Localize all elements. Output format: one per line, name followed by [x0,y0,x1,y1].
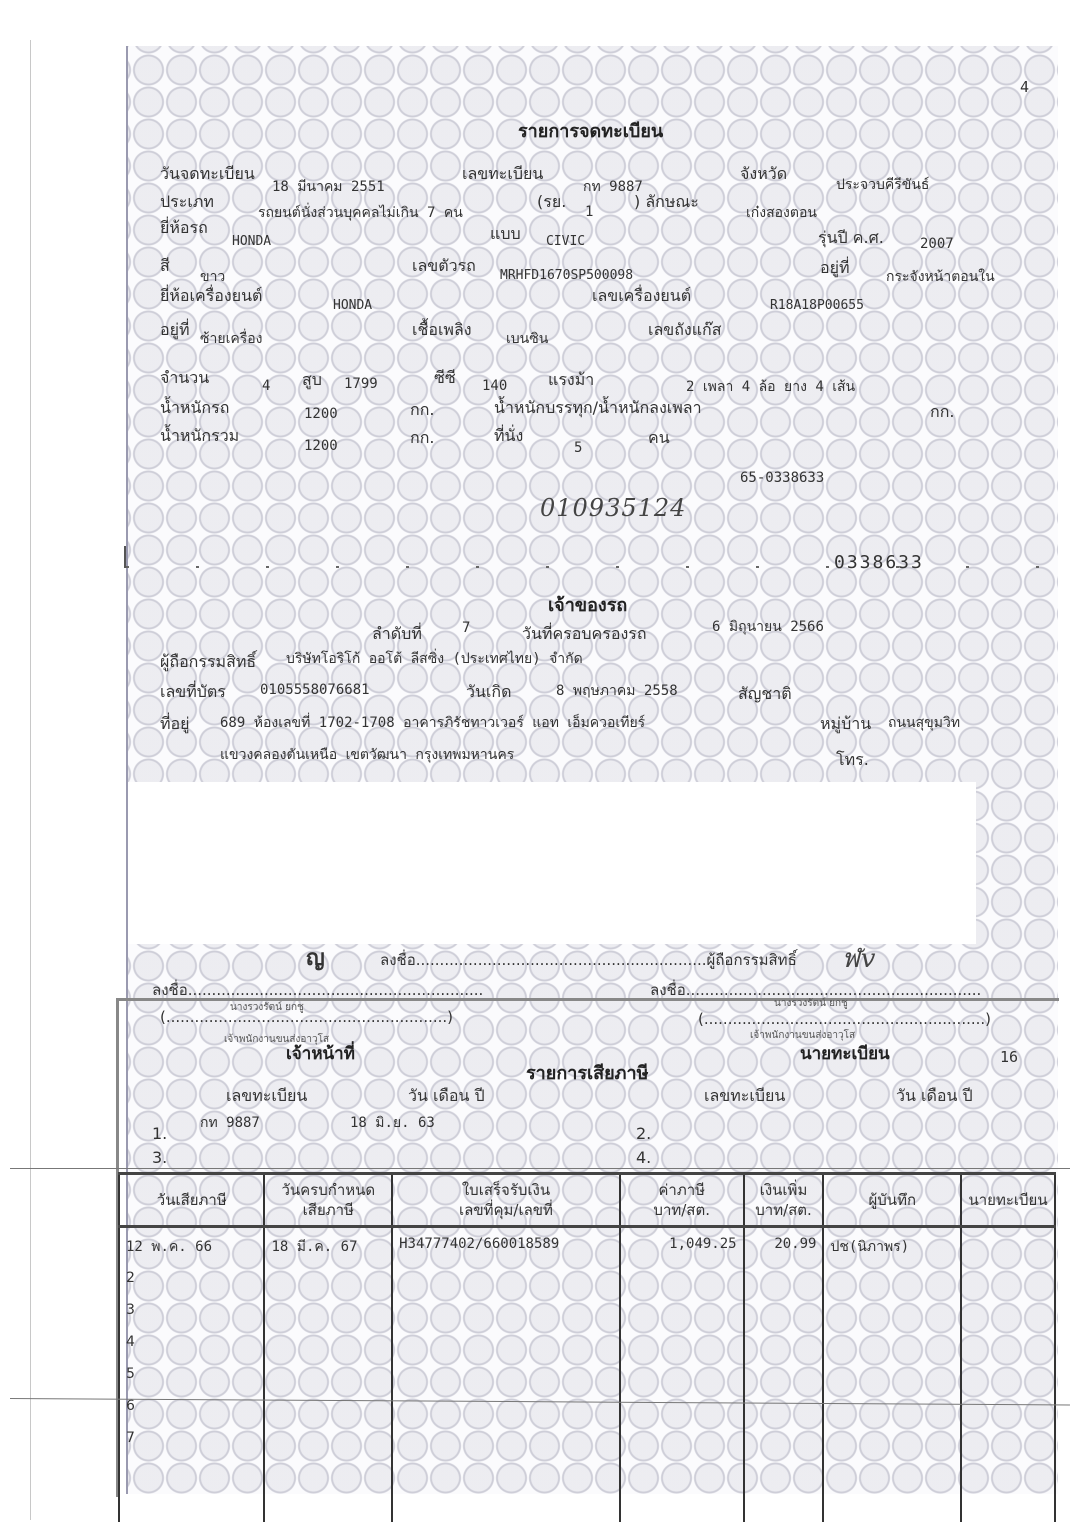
cell-tax [620,1300,744,1332]
initials-right: ฬv [842,938,876,979]
cell-registrar [961,1428,1055,1460]
address-line1: 689 ห้องเลขที่ 1702-1708 อาคารภิรัชทาวเว… [220,712,645,734]
table-row: 4 [119,1332,1055,1364]
chassis-value: MRHFD1670SP500098 [500,268,633,283]
cell-tax: 1,049.25 [620,1227,744,1269]
style-label: ) ลักษณะ [634,190,699,215]
cell-surcharge [744,1300,824,1332]
cell-registrar [961,1364,1055,1396]
scan-edge-line [30,40,31,1520]
engine-location-label: อยู่ที่ [160,318,190,343]
order-label: ลำดับที่ [372,622,422,647]
cell-registrar [961,1268,1055,1300]
holder-value: บริษัทโอริโก้ ออโต้ ลีสซิ่ง (ประเทศไทย) … [286,648,583,670]
cell-surcharge [744,1268,824,1300]
owner-title: เจ้าของรถ [548,590,627,619]
holder-label: ผู้ถือกรรมสิทธิ์ [160,650,256,675]
table-row: 2 [119,1268,1055,1300]
cell-paid: 12 พ.ค. 66 [119,1227,264,1269]
kg-unit-2: กก. [930,400,954,425]
birth-label: วันเกิด [466,680,511,705]
address-label: ที่อยู่ [160,712,190,737]
cell-tax [620,1332,744,1364]
vehicle-weight-value: 1200 [304,406,338,422]
tax-plate-col-right: เลขทะเบียน [704,1084,785,1109]
chassis-location-value: กระจังหน้าตอนใน [886,266,995,288]
province-value: ประจวบคีรีขันธ์ [836,174,929,196]
officer-title: เจ้าหน้าที่ [286,1040,355,1067]
col-receipt: ใบเสร็จรับเงิน เลขที่คุม/เลขที่ [392,1174,620,1227]
type-value: รถยนต์นั่งส่วนบุคคลไม่เกิน 7 คน [258,202,463,224]
axles-wheels-value: 2 เพลา 4 ล้อ ยาง 4 เส้น [686,376,855,398]
village-label: หมู่บ้าน [820,712,871,737]
plate-entry-1-date: 18 มิ.ย. 63 [350,1112,435,1134]
cell-surcharge: 20.99 [744,1227,824,1269]
cell-paid: 4 [119,1332,264,1364]
cell-paid: 7 [119,1428,264,1460]
road-value: ถนนสุขุมวิท [888,712,960,734]
cell-surcharge [744,1396,824,1428]
type-label: ประเภท [160,190,214,215]
kg-unit-3: กก. [410,426,434,451]
tax-date-col-right: วัน เดือน ปี [896,1084,973,1109]
id-value: 0105558076681 [260,682,370,698]
cell-recorder [823,1332,961,1364]
cell-receipt [392,1300,620,1332]
tax-date-col-left: วัน เดือน ปี [408,1084,485,1109]
seats-label: ที่นั่ง [494,424,523,449]
cell-due: 18 มี.ค. 67 [264,1227,392,1269]
cell-receipt [392,1428,620,1460]
ry-value: 1 [585,204,593,220]
cell-recorder [823,1364,961,1396]
engine-number-label: เลขเครื่องยนต์ [592,284,691,309]
page-number: 4 [1020,78,1029,96]
cell-receipt [392,1268,620,1300]
nationality-label: สัญชาติ [738,682,792,707]
cell-recorder: ปช(นิภาพร) [823,1227,961,1269]
col-paid-date: วันเสียภาษี [119,1174,264,1227]
handwritten-number: 010935124 [540,494,686,522]
table-spacer-row [119,1460,1055,1522]
brand-value: HONDA [232,234,271,249]
cell-receipt: H34777402/660018589 [392,1227,620,1269]
col-registrar: นายทะเบียน [961,1174,1055,1227]
load-weight-label: น้ำหนักบรรทุก/น้ำหนักลงเพลา [494,396,702,421]
color-label: สี [160,254,170,279]
style-value: เก๋งสองตอน [746,202,817,224]
model-label: แบบ [490,222,521,247]
cylinder-count-label: จำนวน [160,366,209,391]
table-row: 3 [119,1300,1055,1332]
gross-weight-label: น้ำหนักรวม [160,424,239,449]
perforation-number: 0338633 [834,552,924,573]
id-label: เลขที่บัตร [160,680,226,705]
registrar-paren-line: (.......................................… [698,1010,991,1028]
cell-recorder [823,1300,961,1332]
order-value: 7 [462,620,470,636]
cell-due [264,1428,392,1460]
cell-paid: 5 [119,1364,264,1396]
engine-brand-label: ยี่ห้อเครื่องยนต์ [160,284,262,309]
address-line2: แขวงคลองตันเหนือ เขตวัฒนา กรุงเทพมหานคร [220,744,514,766]
tax-table-header: วันเสียภาษี วันครบกำหนด เสียภาษี ใบเสร็จ… [119,1174,1055,1227]
col-recorder: ผู้บันทึก [823,1174,961,1227]
plate-entry-2-no: 2. [636,1124,651,1143]
cell-surcharge [744,1364,824,1396]
initials-left: ญ [306,940,325,975]
cylinder-label: สูบ [302,368,322,393]
plate-entry-1-plate: กท 9887 [200,1112,260,1134]
cell-registrar [961,1332,1055,1364]
cell-due [264,1300,392,1332]
plate-entry-3-no: 3. [152,1148,167,1167]
registration-title: รายการจดทะเบียน [518,116,663,145]
table-row: 5 [119,1364,1055,1396]
fuel-value: เบนซิน [506,328,548,350]
chassis-location-label: อยู่ที่ [820,256,850,281]
engine-number-value: R18A18P00655 [770,298,864,313]
phone-label: โทร. [836,748,869,773]
cc-value: 1799 [344,376,378,392]
cell-paid: 6 [119,1396,264,1428]
reg-date-label: วันจดทะเบียน [160,162,255,187]
seats-value: 5 [574,440,582,456]
cell-tax [620,1396,744,1428]
reg-date-value: 18 มีนาคม 2551 [272,176,385,198]
chassis-label: เลขตัวรถ [412,254,476,279]
cell-receipt [392,1364,620,1396]
ry-label: (รย. [537,190,566,215]
cylinder-count-value: 4 [262,378,270,394]
table-row: 12 พ.ค. 6618 มี.ค. 67H34777402/660018589… [119,1227,1055,1269]
kg-unit-1: กก. [410,398,434,423]
engine-brand-value: HONDA [333,298,372,313]
cell-recorder [823,1428,961,1460]
tax-page-number: 16 [1000,1048,1018,1066]
redacted-area [128,782,976,944]
gas-tank-label: เลขถังแก๊ส [648,318,721,343]
cell-receipt [392,1332,620,1364]
cell-surcharge [744,1428,824,1460]
cell-paid: 3 [119,1300,264,1332]
cell-registrar [961,1396,1055,1428]
vehicle-weight-label: น้ำหนักรถ [160,396,229,421]
page-edge-mark [124,546,126,568]
holder-signature-line: ลงชื่อ..................................… [380,948,797,972]
scan-crossline-top [10,1168,1070,1169]
cell-registrar [961,1300,1055,1332]
cell-tax [620,1428,744,1460]
officer-paren-line: (.......................................… [160,1008,453,1026]
serial-number: 65-0338633 [740,470,824,486]
birth-value: 8 พฤษภาคม 2558 [556,680,678,702]
cell-paid: 2 [119,1268,264,1300]
cell-due [264,1332,392,1364]
table-row: 7 [119,1428,1055,1460]
cc-label: ซีซี [434,366,456,391]
possession-date-value: 6 มิถุนายน 2566 [712,616,824,638]
horsepower-label: แรงม้า [548,368,594,393]
engine-location-value: ซ้ายเครื่อง [200,328,262,350]
cell-surcharge [744,1332,824,1364]
col-surcharge: เงินเพิ่ม บาท/สต. [744,1174,824,1227]
plate-label: เลขทะเบียน [462,162,543,187]
year-label: รุ่นปี ค.ศ. [818,226,884,251]
cell-recorder [823,1268,961,1300]
cell-registrar [961,1227,1055,1269]
cell-due [264,1364,392,1396]
registrar-name-stamp: นางรวงรัตน์ ยกชู [774,996,848,1011]
possession-date-label: วันที่ครอบครองรถ [522,622,647,647]
plate-entry-4-no: 4. [636,1148,651,1167]
tax-payment-table: วันเสียภาษี วันครบกำหนด เสียภาษี ใบเสร็จ… [118,1172,1056,1522]
col-due-date: วันครบกำหนด เสียภาษี [264,1174,392,1227]
province-label: จังหวัด [740,162,787,187]
cell-due [264,1268,392,1300]
tax-plate-col-left: เลขทะเบียน [226,1084,307,1109]
plate-entry-1-no: 1. [152,1124,167,1143]
registrar-title: นายทะเบียน [800,1040,890,1067]
brand-label: ยี่ห้อรถ [160,216,208,241]
cell-tax [620,1268,744,1300]
cell-recorder [823,1396,961,1428]
gross-weight-value: 1200 [304,438,338,454]
cell-tax [620,1364,744,1396]
tax-title: รายการเสียภาษี [526,1058,649,1087]
col-tax-amount: ค่าภาษี บาท/สต. [620,1174,744,1227]
year-value: 2007 [920,236,954,252]
horsepower-value: 140 [482,378,507,394]
model-value: CIVIC [546,234,585,249]
persons-label: คน [648,426,670,451]
fuel-label: เชื้อเพลิง [412,318,472,343]
